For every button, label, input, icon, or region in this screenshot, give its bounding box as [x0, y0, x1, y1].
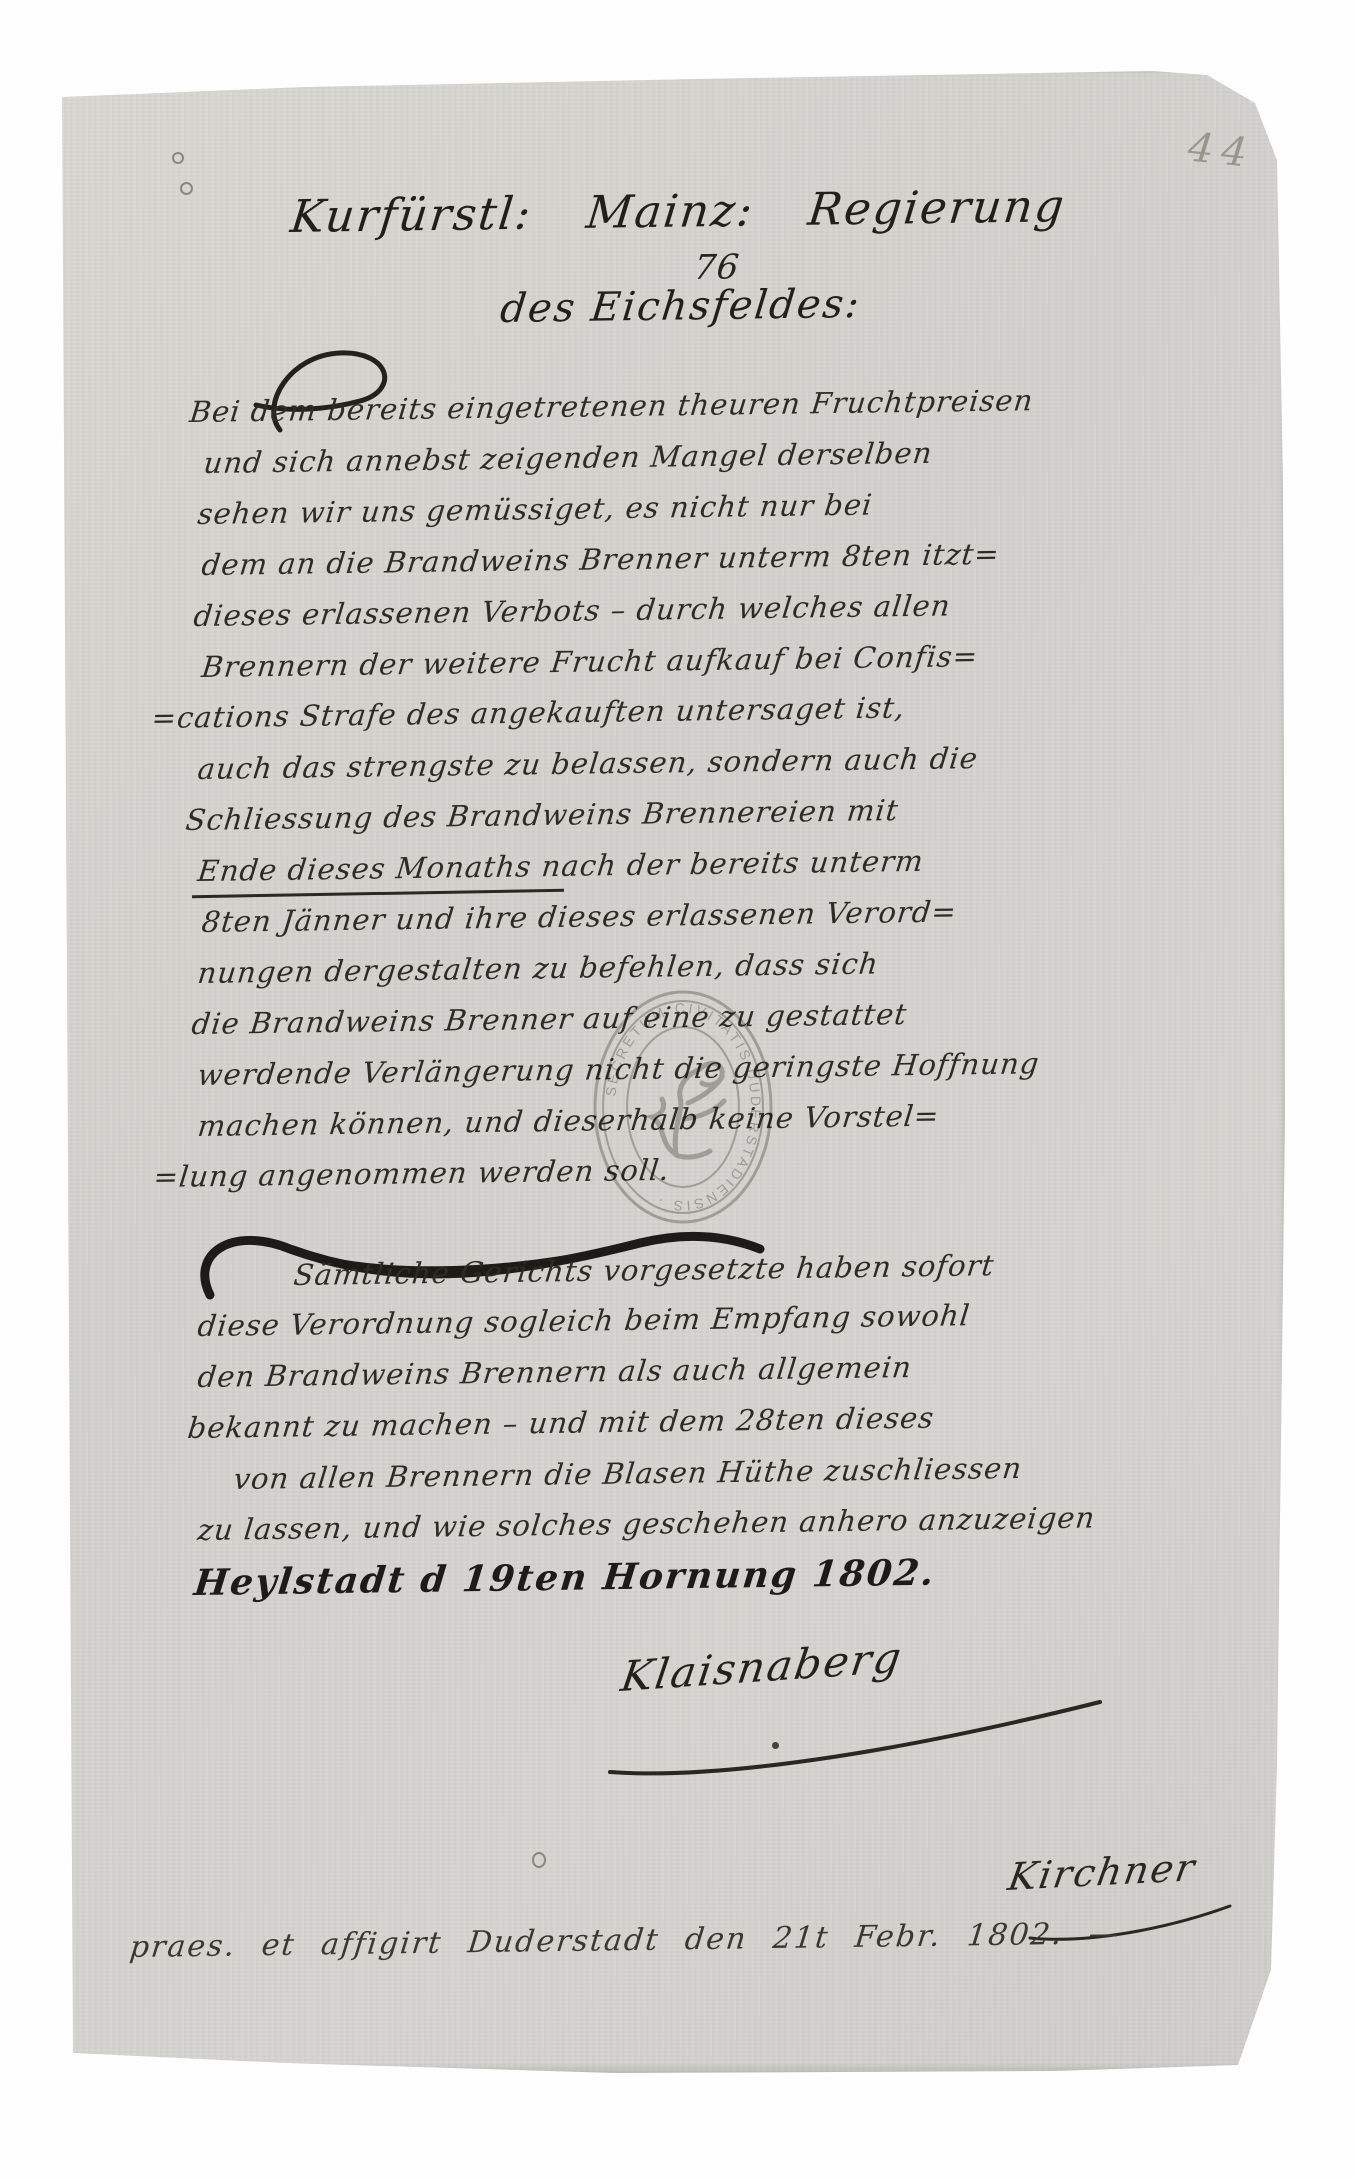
ink-speck	[180, 182, 193, 195]
signature-flourish	[600, 1692, 1120, 1782]
city-seal-stamp: SECRETUM CIVITATIS DUDERSTADIENSIS ·	[588, 985, 778, 1230]
scanned-manuscript: 44 Kurfürstl: Mainz: Regierung 76 des Ei…	[0, 0, 1354, 2181]
header-line-1: Kurfürstl: Mainz: Regierung	[288, 179, 1068, 243]
ink-speck	[172, 152, 184, 164]
seal-lion-figure	[652, 1063, 724, 1157]
folio-number: 44	[1186, 125, 1257, 178]
ink-dot	[772, 1742, 779, 1749]
header-line-2: des Eichsfeldes:	[498, 281, 863, 332]
paper-blemish	[532, 1852, 546, 1868]
initial-flourish	[250, 335, 490, 445]
